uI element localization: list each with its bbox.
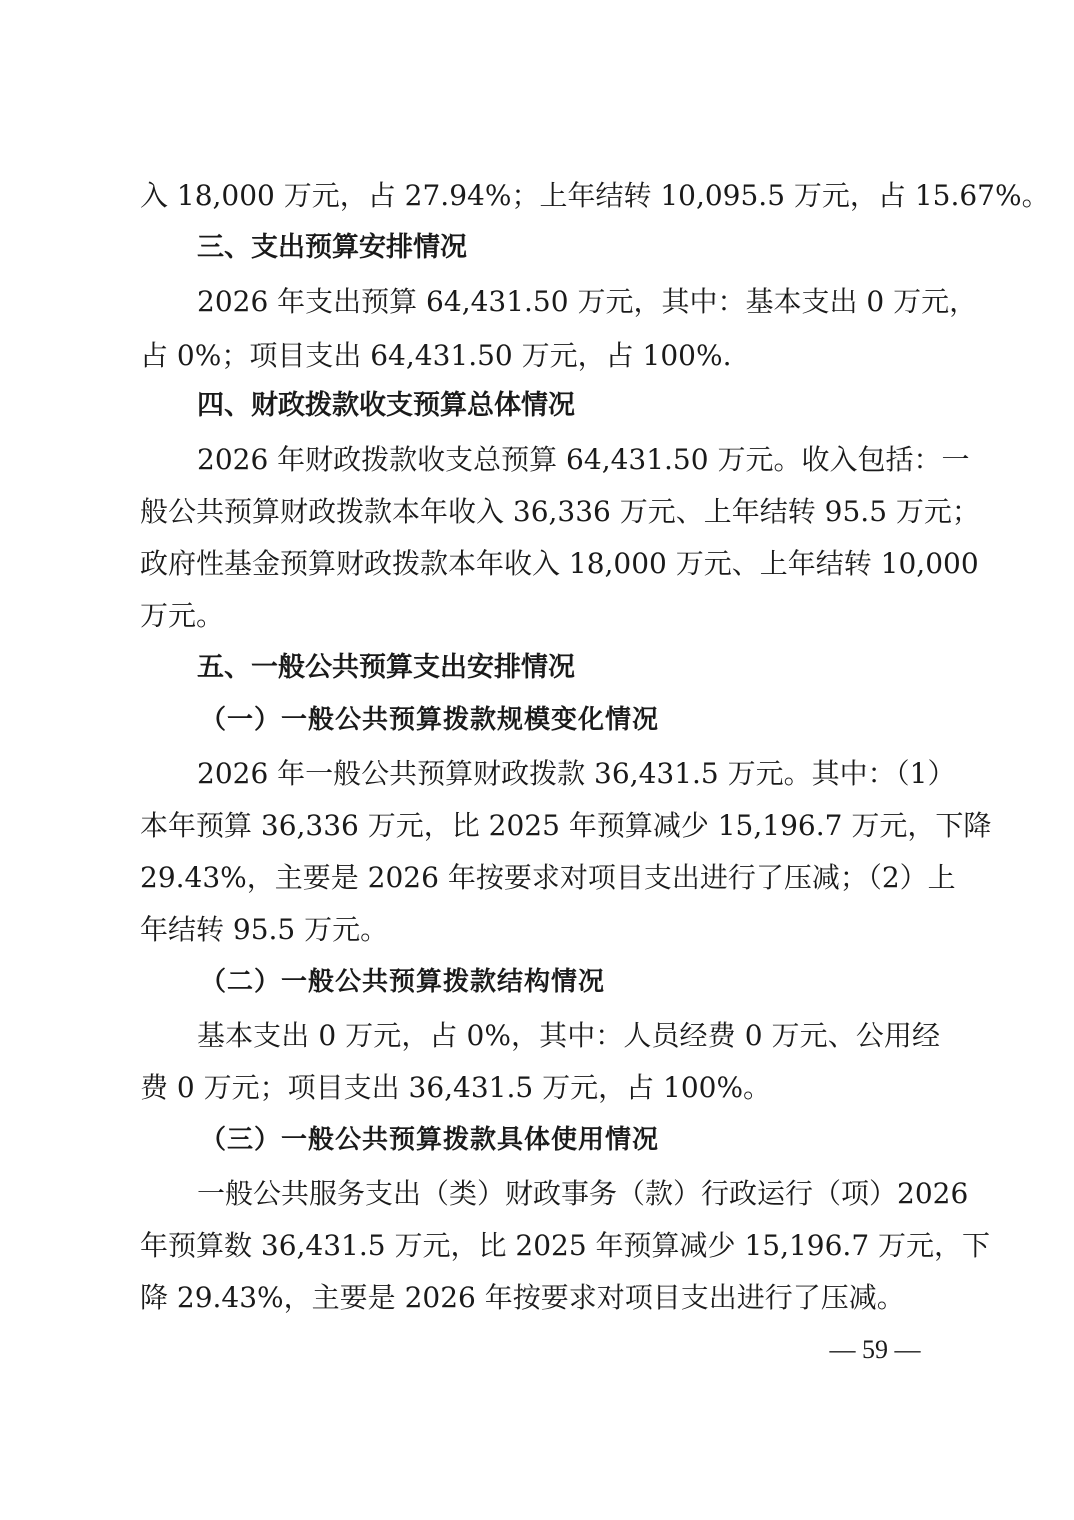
paragraph-line: 般公共预算财政拨款本年收入 36,336 万元、上年结转 95.5 万元； [140,492,940,532]
section-heading-4: 四、财政拨款收支预算总体情况 [197,386,940,426]
paragraph-line: 2026 年一般公共预算财政拨款 36,431.5 万元。其中：（1） [197,754,940,794]
paragraph-line: 政府性基金预算财政拨款本年收入 18,000 万元、上年结转 10,000 [140,544,940,584]
paragraph-line: 年预算数 36,431.5 万元，比 2025 年预算减少 15,196.7 万… [140,1226,940,1266]
paragraph-line: 2026 年财政拨款收支总预算 64,431.50 万元。收入包括：一 [197,440,940,480]
paragraph-line: 入 18,000 万元，占 27.94%；上年结转 10,095.5 万元，占 … [140,176,940,216]
section-heading-3: 三、支出预算安排情况 [197,228,940,268]
paragraph-line: 降 29.43%，主要是 2026 年按要求对项目支出进行了压减。 [140,1278,940,1318]
paragraph-line: 基本支出 0 万元，占 0%，其中：人员经费 0 万元、公用经 [197,1016,940,1056]
paragraph-line: 一般公共服务支出（类）财政事务（款）行政运行（项）2026 [197,1174,940,1214]
page-number: — 59 — [820,1330,930,1370]
paragraph-line: 29.43%，主要是 2026 年按要求对项目支出进行了压减；（2）上 [140,858,940,898]
section-heading-5: 五、一般公共预算支出安排情况 [197,648,940,688]
subsection-heading-5-2: （二）一般公共预算拨款结构情况 [200,962,1000,1002]
subsection-heading-5-1: （一）一般公共预算拨款规模变化情况 [200,700,1000,740]
paragraph-line: 年结转 95.5 万元。 [140,910,940,950]
paragraph-line: 费 0 万元；项目支出 36,431.5 万元，占 100%。 [140,1068,940,1108]
subsection-heading-5-3: （三）一般公共预算拨款具体使用情况 [200,1120,1000,1160]
paragraph-line: 本年预算 36,336 万元，比 2025 年预算减少 15,196.7 万元，… [140,806,940,846]
paragraph-line: 2026 年支出预算 64,431.50 万元，其中：基本支出 0 万元， [197,282,940,322]
paragraph-line: 占 0%；项目支出 64,431.50 万元，占 100%. [140,336,940,376]
paragraph-line: 万元。 [140,596,940,636]
